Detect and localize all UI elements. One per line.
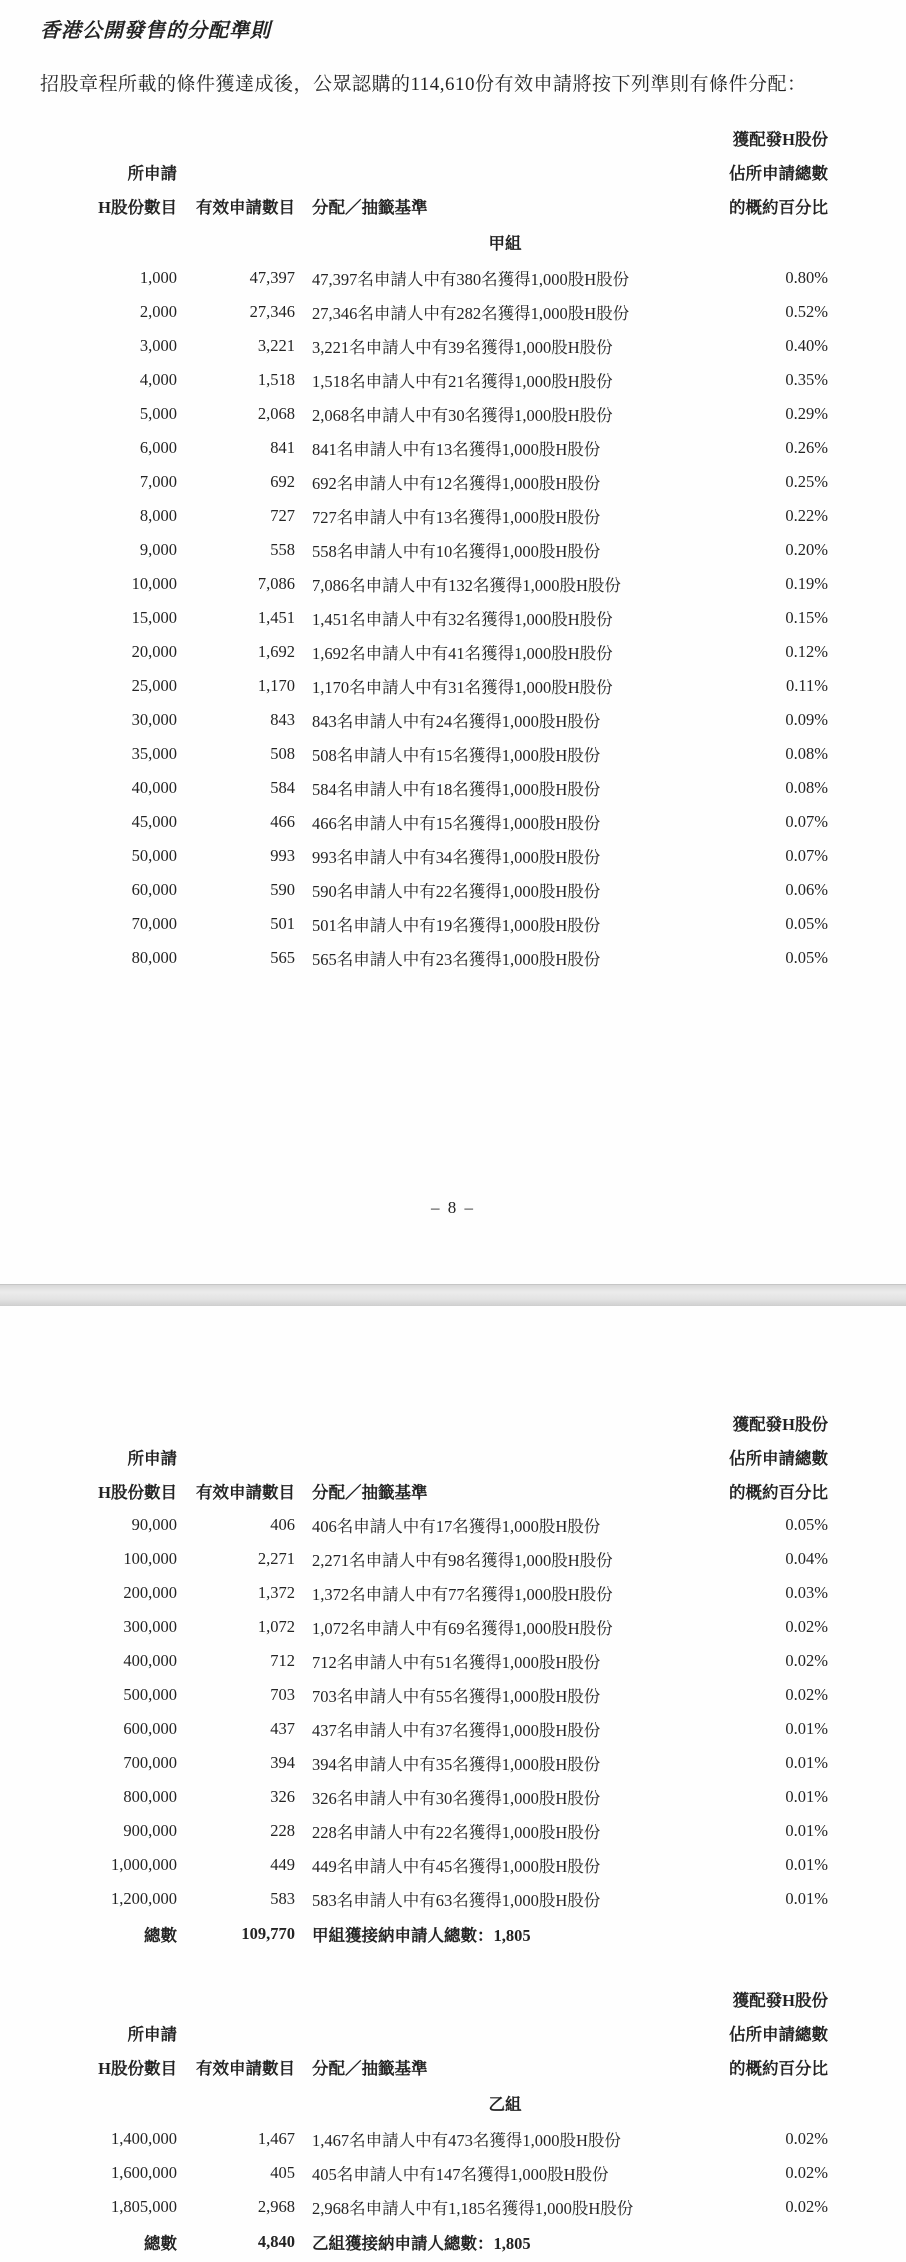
cell-approx-pct: 0.01% bbox=[698, 1855, 828, 1875]
cell-valid-applications: 228 bbox=[177, 1821, 295, 1841]
page-number: – 8 – bbox=[0, 1198, 906, 1218]
header-shares-count: H股份數目 bbox=[40, 2055, 177, 2079]
table-row: 1,200,000 583 583名申請人中有63名獲得1,000股H股份 0.… bbox=[0, 1882, 906, 1916]
table-header-row-3: H股份數目 有效申請數目 分配／抽籤基準 的概約百分比 bbox=[0, 2050, 906, 2084]
table-header-row-3: H股份數目 有效申請數目 分配／抽籤基準 的概約百分比 bbox=[0, 189, 906, 223]
cell-shares-applied: 3,000 bbox=[40, 336, 177, 356]
cell-ballot-basis: 326名申請人中有30名獲得1,000股H股份 bbox=[295, 1785, 698, 1809]
header-pct-of-total: 佔所申請總數 bbox=[698, 2021, 828, 2045]
group-a-label-row: 甲組 bbox=[0, 223, 906, 261]
table-row: 4,000 1,518 1,518名申請人中有21名獲得1,000股H股份 0.… bbox=[0, 363, 906, 397]
cell-valid-applications: 727 bbox=[177, 506, 295, 526]
cell-approx-pct: 0.03% bbox=[698, 1583, 828, 1603]
table-header-row-2: 所申請 佔所申請總數 bbox=[0, 2016, 906, 2050]
table-row: 10,000 7,086 7,086名申請人中有132名獲得1,000股H股份 … bbox=[0, 567, 906, 601]
cell-ballot-basis: 1,372名申請人中有77名獲得1,000股H股份 bbox=[295, 1581, 698, 1605]
table-header-row-1: 獲配發H股份 bbox=[0, 1406, 906, 1440]
total-applications: 109,770 bbox=[177, 1924, 295, 1944]
header-applied: 所申請 bbox=[40, 1445, 177, 1469]
cell-shares-applied: 60,000 bbox=[40, 880, 177, 900]
cell-shares-applied: 200,000 bbox=[40, 1583, 177, 1603]
cell-valid-applications: 565 bbox=[177, 948, 295, 968]
intro-paragraph: 招股章程所載的條件獲達成後，公眾認購的114,610份有效申請將按下列準則有條件… bbox=[40, 70, 866, 99]
cell-ballot-basis: 584名申請人中有18名獲得1,000股H股份 bbox=[295, 776, 698, 800]
cell-valid-applications: 7,086 bbox=[177, 574, 295, 594]
cell-shares-applied: 20,000 bbox=[40, 642, 177, 662]
cell-shares-applied: 700,000 bbox=[40, 1753, 177, 1773]
cell-valid-applications: 405 bbox=[177, 2163, 295, 2183]
total-label: 總數 bbox=[40, 2230, 177, 2254]
cell-approx-pct: 0.12% bbox=[698, 642, 828, 662]
cell-valid-applications: 2,068 bbox=[177, 404, 295, 424]
table-row: 3,000 3,221 3,221名申請人中有39名獲得1,000股H股份 0.… bbox=[0, 329, 906, 363]
table-row: 30,000 843 843名申請人中有24名獲得1,000股H股份 0.09% bbox=[0, 703, 906, 737]
cell-ballot-basis: 565名申請人中有23名獲得1,000股H股份 bbox=[295, 946, 698, 970]
cell-shares-applied: 4,000 bbox=[40, 370, 177, 390]
cell-shares-applied: 500,000 bbox=[40, 1685, 177, 1705]
table-row: 800,000 326 326名申請人中有30名獲得1,000股H股份 0.01… bbox=[0, 1780, 906, 1814]
cell-valid-applications: 1,072 bbox=[177, 1617, 295, 1637]
header-basis: 分配／抽籤基準 bbox=[295, 194, 698, 218]
cell-approx-pct: 0.09% bbox=[698, 710, 828, 730]
table-row: 5,000 2,068 2,068名申請人中有30名獲得1,000股H股份 0.… bbox=[0, 397, 906, 431]
table-row: 400,000 712 712名申請人中有51名獲得1,000股H股份 0.02… bbox=[0, 1644, 906, 1678]
table-row: 8,000 727 727名申請人中有13名獲得1,000股H股份 0.22% bbox=[0, 499, 906, 533]
cell-approx-pct: 0.05% bbox=[698, 948, 828, 968]
cell-ballot-basis: 437名申請人中有37名獲得1,000股H股份 bbox=[295, 1717, 698, 1741]
cell-approx-pct: 0.35% bbox=[698, 370, 828, 390]
cell-valid-applications: 2,968 bbox=[177, 2197, 295, 2217]
cell-approx-pct: 0.07% bbox=[698, 812, 828, 832]
cell-shares-applied: 30,000 bbox=[40, 710, 177, 730]
cell-approx-pct: 0.26% bbox=[698, 438, 828, 458]
table-header-row-1: 獲配發H股份 bbox=[0, 121, 906, 155]
cell-approx-pct: 0.40% bbox=[698, 336, 828, 356]
cell-ballot-basis: 501名申請人中有19名獲得1,000股H股份 bbox=[295, 912, 698, 936]
cell-shares-applied: 10,000 bbox=[40, 574, 177, 594]
cell-ballot-basis: 7,086名申請人中有132名獲得1,000股H股份 bbox=[295, 572, 698, 596]
cell-shares-applied: 90,000 bbox=[40, 1515, 177, 1535]
cell-approx-pct: 0.02% bbox=[698, 1685, 828, 1705]
cell-valid-applications: 1,372 bbox=[177, 1583, 295, 1603]
cell-shares-applied: 15,000 bbox=[40, 608, 177, 628]
table-row: 50,000 993 993名申請人中有34名獲得1,000股H股份 0.07% bbox=[0, 839, 906, 873]
header-shares-count: H股份數目 bbox=[40, 194, 177, 218]
cell-shares-applied: 50,000 bbox=[40, 846, 177, 866]
header-approx-pct: 的概約百分比 bbox=[698, 2055, 828, 2079]
cell-shares-applied: 9,000 bbox=[40, 540, 177, 560]
cell-ballot-basis: 2,968名申請人中有1,185名獲得1,000股H股份 bbox=[295, 2195, 698, 2219]
total-accepted-applicants: 乙組獲接納申請人總數：1,805 bbox=[295, 2230, 698, 2254]
cell-valid-applications: 437 bbox=[177, 1719, 295, 1739]
table-header-row-3: H股份數目 有效申請數目 分配／抽籤基準 的概約百分比 bbox=[0, 1474, 906, 1508]
header-pct-of-total: 佔所申請總數 bbox=[698, 1445, 828, 1469]
cell-valid-applications: 590 bbox=[177, 880, 295, 900]
cell-valid-applications: 703 bbox=[177, 1685, 295, 1705]
cell-ballot-basis: 692名申請人中有12名獲得1,000股H股份 bbox=[295, 470, 698, 494]
header-allotted-shares: 獲配發H股份 bbox=[698, 126, 828, 150]
table-row: 100,000 2,271 2,271名申請人中有98名獲得1,000股H股份 … bbox=[0, 1542, 906, 1576]
header-basis: 分配／抽籤基準 bbox=[295, 1479, 698, 1503]
total-applications: 4,840 bbox=[177, 2232, 295, 2252]
table-row: 1,000 47,397 47,397名申請人中有380名獲得1,000股H股份… bbox=[0, 261, 906, 295]
cell-shares-applied: 5,000 bbox=[40, 404, 177, 424]
header-basis: 分配／抽籤基準 bbox=[295, 2055, 698, 2079]
cell-ballot-basis: 27,346名申請人中有282名獲得1,000股H股份 bbox=[295, 300, 698, 324]
cell-shares-applied: 1,000 bbox=[40, 268, 177, 288]
cell-ballot-basis: 406名申請人中有17名獲得1,000股H股份 bbox=[295, 1513, 698, 1537]
header-allotted-shares: 獲配發H股份 bbox=[698, 1987, 828, 2011]
table-header-row-1: 獲配發H股份 bbox=[0, 1982, 906, 2016]
group-b-total-row: 總數 4,840 乙組獲接納申請人總數：1,805 bbox=[0, 2224, 906, 2260]
cell-valid-applications: 406 bbox=[177, 1515, 295, 1535]
table-row: 900,000 228 228名申請人中有22名獲得1,000股H股份 0.01… bbox=[0, 1814, 906, 1848]
header-approx-pct: 的概約百分比 bbox=[698, 194, 828, 218]
cell-approx-pct: 0.01% bbox=[698, 1787, 828, 1807]
cell-ballot-basis: 228名申請人中有22名獲得1,000股H股份 bbox=[295, 1819, 698, 1843]
cell-approx-pct: 0.20% bbox=[698, 540, 828, 560]
cell-shares-applied: 2,000 bbox=[40, 302, 177, 322]
cell-valid-applications: 712 bbox=[177, 1651, 295, 1671]
table-header-row-2: 所申請 佔所申請總數 bbox=[0, 1440, 906, 1474]
cell-shares-applied: 900,000 bbox=[40, 1821, 177, 1841]
cell-valid-applications: 27,346 bbox=[177, 302, 295, 322]
cell-approx-pct: 0.02% bbox=[698, 2197, 828, 2217]
table-row: 600,000 437 437名申請人中有37名獲得1,000股H股份 0.01… bbox=[0, 1712, 906, 1746]
cell-valid-applications: 993 bbox=[177, 846, 295, 866]
page-9: 獲配發H股份 所申請 佔所申請總數 H股份數目 有效申請數目 分配／抽籤基準 的… bbox=[0, 1306, 906, 2262]
table-row: 2,000 27,346 27,346名申請人中有282名獲得1,000股H股份… bbox=[0, 295, 906, 329]
cell-approx-pct: 0.02% bbox=[698, 1651, 828, 1671]
cell-ballot-basis: 466名申請人中有15名獲得1,000股H股份 bbox=[295, 810, 698, 834]
table-row: 200,000 1,372 1,372名申請人中有77名獲得1,000股H股份 … bbox=[0, 1576, 906, 1610]
cell-approx-pct: 0.19% bbox=[698, 574, 828, 594]
cell-ballot-basis: 47,397名申請人中有380名獲得1,000股H股份 bbox=[295, 266, 698, 290]
header-valid-applications: 有效申請數目 bbox=[177, 2055, 295, 2079]
cell-approx-pct: 0.02% bbox=[698, 2163, 828, 2183]
cell-ballot-basis: 841名申請人中有13名獲得1,000股H股份 bbox=[295, 436, 698, 460]
cell-ballot-basis: 712名申請人中有51名獲得1,000股H股份 bbox=[295, 1649, 698, 1673]
cell-ballot-basis: 394名申請人中有35名獲得1,000股H股份 bbox=[295, 1751, 698, 1775]
allocation-table-page1: 獲配發H股份 所申請 佔所申請總數 H股份數目 有效申請數目 分配／抽籤基準 的… bbox=[0, 121, 906, 975]
table-row: 300,000 1,072 1,072名申請人中有69名獲得1,000股H股份 … bbox=[0, 1610, 906, 1644]
cell-approx-pct: 0.52% bbox=[698, 302, 828, 322]
cell-ballot-basis: 1,072名申請人中有69名獲得1,000股H股份 bbox=[295, 1615, 698, 1639]
cell-ballot-basis: 1,518名申請人中有21名獲得1,000股H股份 bbox=[295, 368, 698, 392]
table-row: 60,000 590 590名申請人中有22名獲得1,000股H股份 0.06% bbox=[0, 873, 906, 907]
cell-shares-applied: 25,000 bbox=[40, 676, 177, 696]
cell-ballot-basis: 583名申請人中有63名獲得1,000股H股份 bbox=[295, 1887, 698, 1911]
cell-shares-applied: 8,000 bbox=[40, 506, 177, 526]
cell-approx-pct: 0.01% bbox=[698, 1889, 828, 1909]
group-a-rows-page1: 1,000 47,397 47,397名申請人中有380名獲得1,000股H股份… bbox=[0, 261, 906, 975]
cell-ballot-basis: 1,467名申請人中有473名獲得1,000股H股份 bbox=[295, 2127, 698, 2151]
group-b-label-row: 乙組 bbox=[0, 2084, 906, 2122]
header-valid-applications: 有效申請數目 bbox=[177, 194, 295, 218]
cell-ballot-basis: 558名申請人中有10名獲得1,000股H股份 bbox=[295, 538, 698, 562]
cell-valid-applications: 584 bbox=[177, 778, 295, 798]
total-accepted-applicants: 甲組獲接納申請人總數：1,805 bbox=[295, 1922, 698, 1946]
group-a-rows-page2: 90,000 406 406名申請人中有17名獲得1,000股H股份 0.05%… bbox=[0, 1508, 906, 1916]
cell-ballot-basis: 703名申請人中有55名獲得1,000股H股份 bbox=[295, 1683, 698, 1707]
table-row: 20,000 1,692 1,692名申請人中有41名獲得1,000股H股份 0… bbox=[0, 635, 906, 669]
table-header-row-2: 所申請 佔所申請總數 bbox=[0, 155, 906, 189]
cell-valid-applications: 692 bbox=[177, 472, 295, 492]
cell-shares-applied: 80,000 bbox=[40, 948, 177, 968]
cell-ballot-basis: 843名申請人中有24名獲得1,000股H股份 bbox=[295, 708, 698, 732]
table-row: 40,000 584 584名申請人中有18名獲得1,000股H股份 0.08% bbox=[0, 771, 906, 805]
table-row: 9,000 558 558名申請人中有10名獲得1,000股H股份 0.20% bbox=[0, 533, 906, 567]
header-approx-pct: 的概約百分比 bbox=[698, 1479, 828, 1503]
cell-valid-applications: 394 bbox=[177, 1753, 295, 1773]
cell-approx-pct: 0.11% bbox=[698, 676, 828, 696]
cell-approx-pct: 0.06% bbox=[698, 880, 828, 900]
cell-ballot-basis: 508名申請人中有15名獲得1,000股H股份 bbox=[295, 742, 698, 766]
table-row: 1,000,000 449 449名申請人中有45名獲得1,000股H股份 0.… bbox=[0, 1848, 906, 1882]
table-row: 25,000 1,170 1,170名申請人中有31名獲得1,000股H股份 0… bbox=[0, 669, 906, 703]
group-b-rows: 1,400,000 1,467 1,467名申請人中有473名獲得1,000股H… bbox=[0, 2122, 906, 2224]
cell-valid-applications: 841 bbox=[177, 438, 295, 458]
cell-valid-applications: 501 bbox=[177, 914, 295, 934]
cell-ballot-basis: 3,221名申請人中有39名獲得1,000股H股份 bbox=[295, 334, 698, 358]
cell-ballot-basis: 2,271名申請人中有98名獲得1,000股H股份 bbox=[295, 1547, 698, 1571]
table-row: 90,000 406 406名申請人中有17名獲得1,000股H股份 0.05% bbox=[0, 1508, 906, 1542]
cell-shares-applied: 1,000,000 bbox=[40, 1855, 177, 1875]
cell-valid-applications: 47,397 bbox=[177, 268, 295, 288]
cell-valid-applications: 843 bbox=[177, 710, 295, 730]
table-row: 700,000 394 394名申請人中有35名獲得1,000股H股份 0.01… bbox=[0, 1746, 906, 1780]
header-applied: 所申請 bbox=[40, 160, 177, 184]
table-row: 70,000 501 501名申請人中有19名獲得1,000股H股份 0.05% bbox=[0, 907, 906, 941]
cell-ballot-basis: 449名申請人中有45名獲得1,000股H股份 bbox=[295, 1853, 698, 1877]
cell-shares-applied: 40,000 bbox=[40, 778, 177, 798]
cell-approx-pct: 0.80% bbox=[698, 268, 828, 288]
cell-valid-applications: 1,170 bbox=[177, 676, 295, 696]
cell-shares-applied: 70,000 bbox=[40, 914, 177, 934]
cell-approx-pct: 0.05% bbox=[698, 914, 828, 934]
table-row: 15,000 1,451 1,451名申請人中有32名獲得1,000股H股份 0… bbox=[0, 601, 906, 635]
cell-ballot-basis: 993名申請人中有34名獲得1,000股H股份 bbox=[295, 844, 698, 868]
header-applied: 所申請 bbox=[40, 2021, 177, 2045]
cell-shares-applied: 600,000 bbox=[40, 1719, 177, 1739]
cell-shares-applied: 1,805,000 bbox=[40, 2197, 177, 2217]
cell-approx-pct: 0.01% bbox=[698, 1719, 828, 1739]
header-valid-applications: 有效申請數目 bbox=[177, 1479, 295, 1503]
table-row: 1,400,000 1,467 1,467名申請人中有473名獲得1,000股H… bbox=[0, 2122, 906, 2156]
cell-valid-applications: 2,271 bbox=[177, 1549, 295, 1569]
cell-valid-applications: 449 bbox=[177, 1855, 295, 1875]
group-a-total-row: 總數 109,770 甲組獲接納申請人總數：1,805 bbox=[0, 1916, 906, 1952]
table-row: 1,805,000 2,968 2,968名申請人中有1,185名獲得1,000… bbox=[0, 2190, 906, 2224]
cell-approx-pct: 0.08% bbox=[698, 778, 828, 798]
group-a-label: 甲組 bbox=[295, 230, 698, 254]
cell-shares-applied: 35,000 bbox=[40, 744, 177, 764]
table-row: 35,000 508 508名申請人中有15名獲得1,000股H股份 0.08% bbox=[0, 737, 906, 771]
cell-shares-applied: 1,200,000 bbox=[40, 1889, 177, 1909]
table-row: 80,000 565 565名申請人中有23名獲得1,000股H股份 0.05% bbox=[0, 941, 906, 975]
cell-ballot-basis: 590名申請人中有22名獲得1,000股H股份 bbox=[295, 878, 698, 902]
cell-approx-pct: 0.29% bbox=[698, 404, 828, 424]
cell-ballot-basis: 405名申請人中有147名獲得1,000股H股份 bbox=[295, 2161, 698, 2185]
cell-valid-applications: 508 bbox=[177, 744, 295, 764]
cell-shares-applied: 300,000 bbox=[40, 1617, 177, 1637]
cell-ballot-basis: 1,170名申請人中有31名獲得1,000股H股份 bbox=[295, 674, 698, 698]
table-row: 45,000 466 466名申請人中有15名獲得1,000股H股份 0.07% bbox=[0, 805, 906, 839]
cell-valid-applications: 1,518 bbox=[177, 370, 295, 390]
cell-ballot-basis: 727名申請人中有13名獲得1,000股H股份 bbox=[295, 504, 698, 528]
total-label: 總數 bbox=[40, 1922, 177, 1946]
cell-shares-applied: 7,000 bbox=[40, 472, 177, 492]
cell-shares-applied: 1,400,000 bbox=[40, 2129, 177, 2149]
section-title: 香港公開發售的分配準則 bbox=[0, 0, 906, 46]
cell-valid-applications: 1,692 bbox=[177, 642, 295, 662]
page-break-divider bbox=[0, 1284, 906, 1306]
cell-shares-applied: 800,000 bbox=[40, 1787, 177, 1807]
cell-shares-applied: 1,600,000 bbox=[40, 2163, 177, 2183]
cell-ballot-basis: 1,692名申請人中有41名獲得1,000股H股份 bbox=[295, 640, 698, 664]
header-pct-of-total: 佔所申請總數 bbox=[698, 160, 828, 184]
cell-valid-applications: 326 bbox=[177, 1787, 295, 1807]
table-row: 7,000 692 692名申請人中有12名獲得1,000股H股份 0.25% bbox=[0, 465, 906, 499]
cell-approx-pct: 0.07% bbox=[698, 846, 828, 866]
cell-approx-pct: 0.01% bbox=[698, 1821, 828, 1841]
table-row: 1,600,000 405 405名申請人中有147名獲得1,000股H股份 0… bbox=[0, 2156, 906, 2190]
cell-approx-pct: 0.02% bbox=[698, 1617, 828, 1637]
cell-valid-applications: 1,451 bbox=[177, 608, 295, 628]
header-allotted-shares: 獲配發H股份 bbox=[698, 1411, 828, 1435]
group-b-label: 乙組 bbox=[295, 2091, 698, 2115]
cell-valid-applications: 466 bbox=[177, 812, 295, 832]
table-row: 500,000 703 703名申請人中有55名獲得1,000股H股份 0.02… bbox=[0, 1678, 906, 1712]
cell-approx-pct: 0.01% bbox=[698, 1753, 828, 1773]
cell-shares-applied: 400,000 bbox=[40, 1651, 177, 1671]
cell-approx-pct: 0.25% bbox=[698, 472, 828, 492]
cell-shares-applied: 100,000 bbox=[40, 1549, 177, 1569]
cell-approx-pct: 0.02% bbox=[698, 2129, 828, 2149]
cell-approx-pct: 0.08% bbox=[698, 744, 828, 764]
cell-valid-applications: 558 bbox=[177, 540, 295, 560]
allocation-table-page2: 獲配發H股份 所申請 佔所申請總數 H股份數目 有效申請數目 分配／抽籤基準 的… bbox=[0, 1406, 906, 2260]
cell-valid-applications: 1,467 bbox=[177, 2129, 295, 2149]
cell-approx-pct: 0.15% bbox=[698, 608, 828, 628]
cell-shares-applied: 6,000 bbox=[40, 438, 177, 458]
cell-shares-applied: 45,000 bbox=[40, 812, 177, 832]
cell-ballot-basis: 2,068名申請人中有30名獲得1,000股H股份 bbox=[295, 402, 698, 426]
table-row: 6,000 841 841名申請人中有13名獲得1,000股H股份 0.26% bbox=[0, 431, 906, 465]
cell-ballot-basis: 1,451名申請人中有32名獲得1,000股H股份 bbox=[295, 606, 698, 630]
cell-approx-pct: 0.22% bbox=[698, 506, 828, 526]
header-shares-count: H股份數目 bbox=[40, 1479, 177, 1503]
cell-approx-pct: 0.05% bbox=[698, 1515, 828, 1535]
cell-approx-pct: 0.04% bbox=[698, 1549, 828, 1569]
cell-valid-applications: 3,221 bbox=[177, 336, 295, 356]
cell-valid-applications: 583 bbox=[177, 1889, 295, 1909]
page-8: 香港公開發售的分配準則 招股章程所載的條件獲達成後，公眾認購的114,610份有… bbox=[0, 0, 906, 1284]
